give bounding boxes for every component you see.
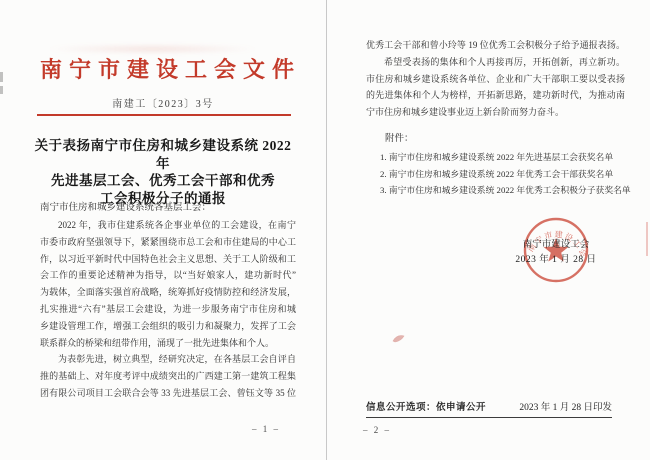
attachment-item: 1. 南宁市住房和城乡建设系统 2022 年先进基层工会获奖名单: [380, 149, 632, 166]
body-line: 宁市住房和城乡建设事业迈上新台阶而努力奋斗。: [366, 104, 625, 121]
body-line: 联系群众的桥梁和纽带作用，涌现了一批先进集体和个人。: [40, 335, 296, 352]
attachments-label: 附件：: [385, 130, 414, 144]
body-line: 优秀工会干部和曾小玲等 19 位优秀工会积极分子给予通报表扬。: [366, 37, 625, 54]
attachments-list: 1. 南宁市住房和城乡建设系统 2022 年先进基层工会获奖名单 2. 南宁市住…: [380, 149, 632, 199]
salutation: 南宁市住房和城乡建设系统各基层工会：: [40, 199, 211, 213]
scan-edge-mark: [0, 86, 3, 94]
info-disclosure-label: 信息公开选项：依申请公开: [366, 399, 486, 413]
page-number-2: – 2 –: [363, 425, 391, 435]
signature-organization: 南宁市建设工会: [496, 236, 616, 250]
body-line: 的先进集体和个人为榜样，开拓新思路，建功新时代，为推动南: [366, 87, 625, 104]
page-1: 南宁市建设工会文件 南建工〔2023〕3号 关于表扬南宁市住房和城乡建设系统 2…: [0, 0, 326, 460]
body-line: 市委市政府坚强领导下，紧紧围绕市总工会和市住建局的中心工: [40, 234, 296, 251]
body-line: 作，以习近平新时代中国特色社会主义思想、关于工人阶级和工: [40, 251, 296, 268]
document-title: 关于表扬南宁市住房和城乡建设系统 2022 年 先进基层工会、优秀工会干部和优秀…: [28, 137, 298, 207]
document-footer: 信息公开选项：依申请公开 2023 年 1 月 28 日印发: [366, 399, 612, 418]
body-line: 为表彰先进，树立典型，经研究决定，在各基层工会自评自: [40, 351, 296, 368]
body-line: 会工作的重要论述精神为指导，以“当好娘家人，建功新时代”: [40, 267, 296, 284]
signature-date: 2023 年 1 月 28 日: [496, 251, 616, 265]
attachment-item: 3. 南宁市住房和城乡建设系统 2022 年优秀工会积极分子获奖名单: [380, 182, 632, 199]
document-letterhead: 南宁市建设工会文件: [33, 53, 293, 84]
body-text-page-2: 优秀工会干部和曾小玲等 19 位优秀工会积极分子给予通报表扬。 希望受表扬的集体…: [366, 37, 625, 121]
title-line: 先进基层工会、优秀工会干部和优秀: [28, 172, 298, 190]
body-line: 推的基础上、对年度考评中成绩突出的广西建工第一建筑工程集: [40, 368, 296, 385]
page-number-1: – 1 –: [252, 424, 280, 434]
body-text-page-1: 2022 年，我市住建系统各企事业单位的工会建设，在南宁 市委市政府坚强领导下，…: [40, 217, 296, 402]
scan-edge-mark: [646, 222, 648, 256]
body-line: 团有限公司项目工会联合会等 33 先进基层工会、曾钰文等 35 位: [40, 385, 296, 402]
red-pen-mark: [391, 332, 409, 344]
body-line: 为载体，全面落实强首府战略，统筹抓好疫情防控和经济发展，: [40, 284, 296, 301]
body-line: 市住房和城乡建设系统各单位、企业和广大干部职工要以受表扬: [366, 71, 625, 88]
title-line: 关于表扬南宁市住房和城乡建设系统 2022 年: [28, 137, 298, 172]
page-2: 优秀工会干部和曾小玲等 19 位优秀工会积极分子给予通报表扬。 希望受表扬的集体…: [327, 0, 650, 460]
scan-edge-mark: [0, 72, 3, 82]
attachment-item: 2. 南宁市住房和城乡建设系统 2022 年优秀工会干部获奖名单: [380, 166, 632, 183]
print-date-label: 2023 年 1 月 28 日印发: [519, 399, 612, 413]
document-number: 南建工〔2023〕3号: [0, 95, 326, 110]
body-line: 希望受表扬的集体和个人再接再厉，开拓创新，再立新功。: [366, 54, 625, 71]
body-line: 乡建设管理工作，增强工会组织的吸引力和凝聚力，发挥了工会: [40, 318, 296, 335]
letterhead-rule: [37, 114, 291, 116]
body-line: 2022 年，我市住建系统各企事业单位的工会建设，在南宁: [40, 217, 296, 234]
scanned-document: 南宁市建设工会文件 南建工〔2023〕3号 关于表扬南宁市住房和城乡建设系统 2…: [0, 0, 650, 460]
official-red-seal: 南宁市建设工会: [518, 212, 594, 288]
body-line: 扎实推进“六有”基层工会建设，为进一步服务南宁市住房和城: [40, 301, 296, 318]
